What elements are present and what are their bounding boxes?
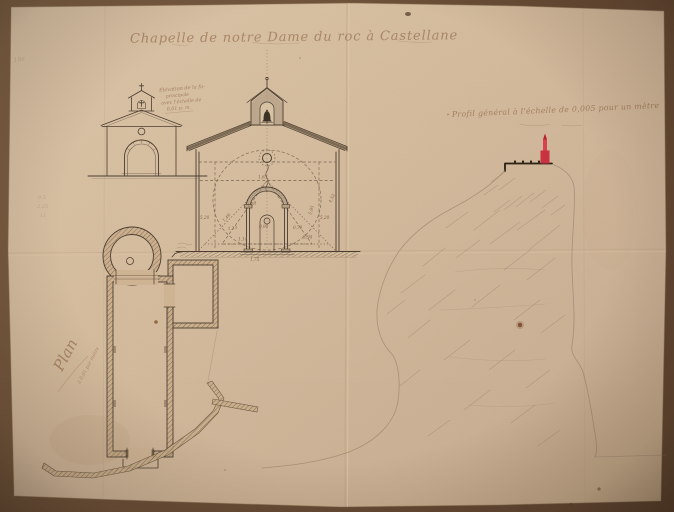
dim-door-width: 1,14	[238, 237, 248, 242]
dim-apex-width: 1,63	[258, 175, 268, 180]
margin-jotting-3: 11	[40, 213, 46, 219]
margin-jotting-1: 9,5	[38, 195, 46, 201]
margin-jotting-2: 2,25	[36, 204, 48, 210]
dim-arch-inner: 0,90	[259, 224, 269, 229]
dim-ground-width: 1,75	[250, 257, 260, 262]
dim-right-inner: 0,70	[293, 225, 303, 230]
drawing-sheet: 18e 9,5 2,25 11 Chapelle de notre Dame d…	[0, 0, 674, 512]
dim-right-mid: 5,94	[303, 235, 313, 240]
dim-right-outer: 5,20	[320, 215, 330, 220]
dim-left-wall: 5,20	[200, 215, 210, 220]
photo-of-archival-drawing: 18e 9,5 2,25 11 Chapelle de notre Dame d…	[0, 0, 674, 512]
